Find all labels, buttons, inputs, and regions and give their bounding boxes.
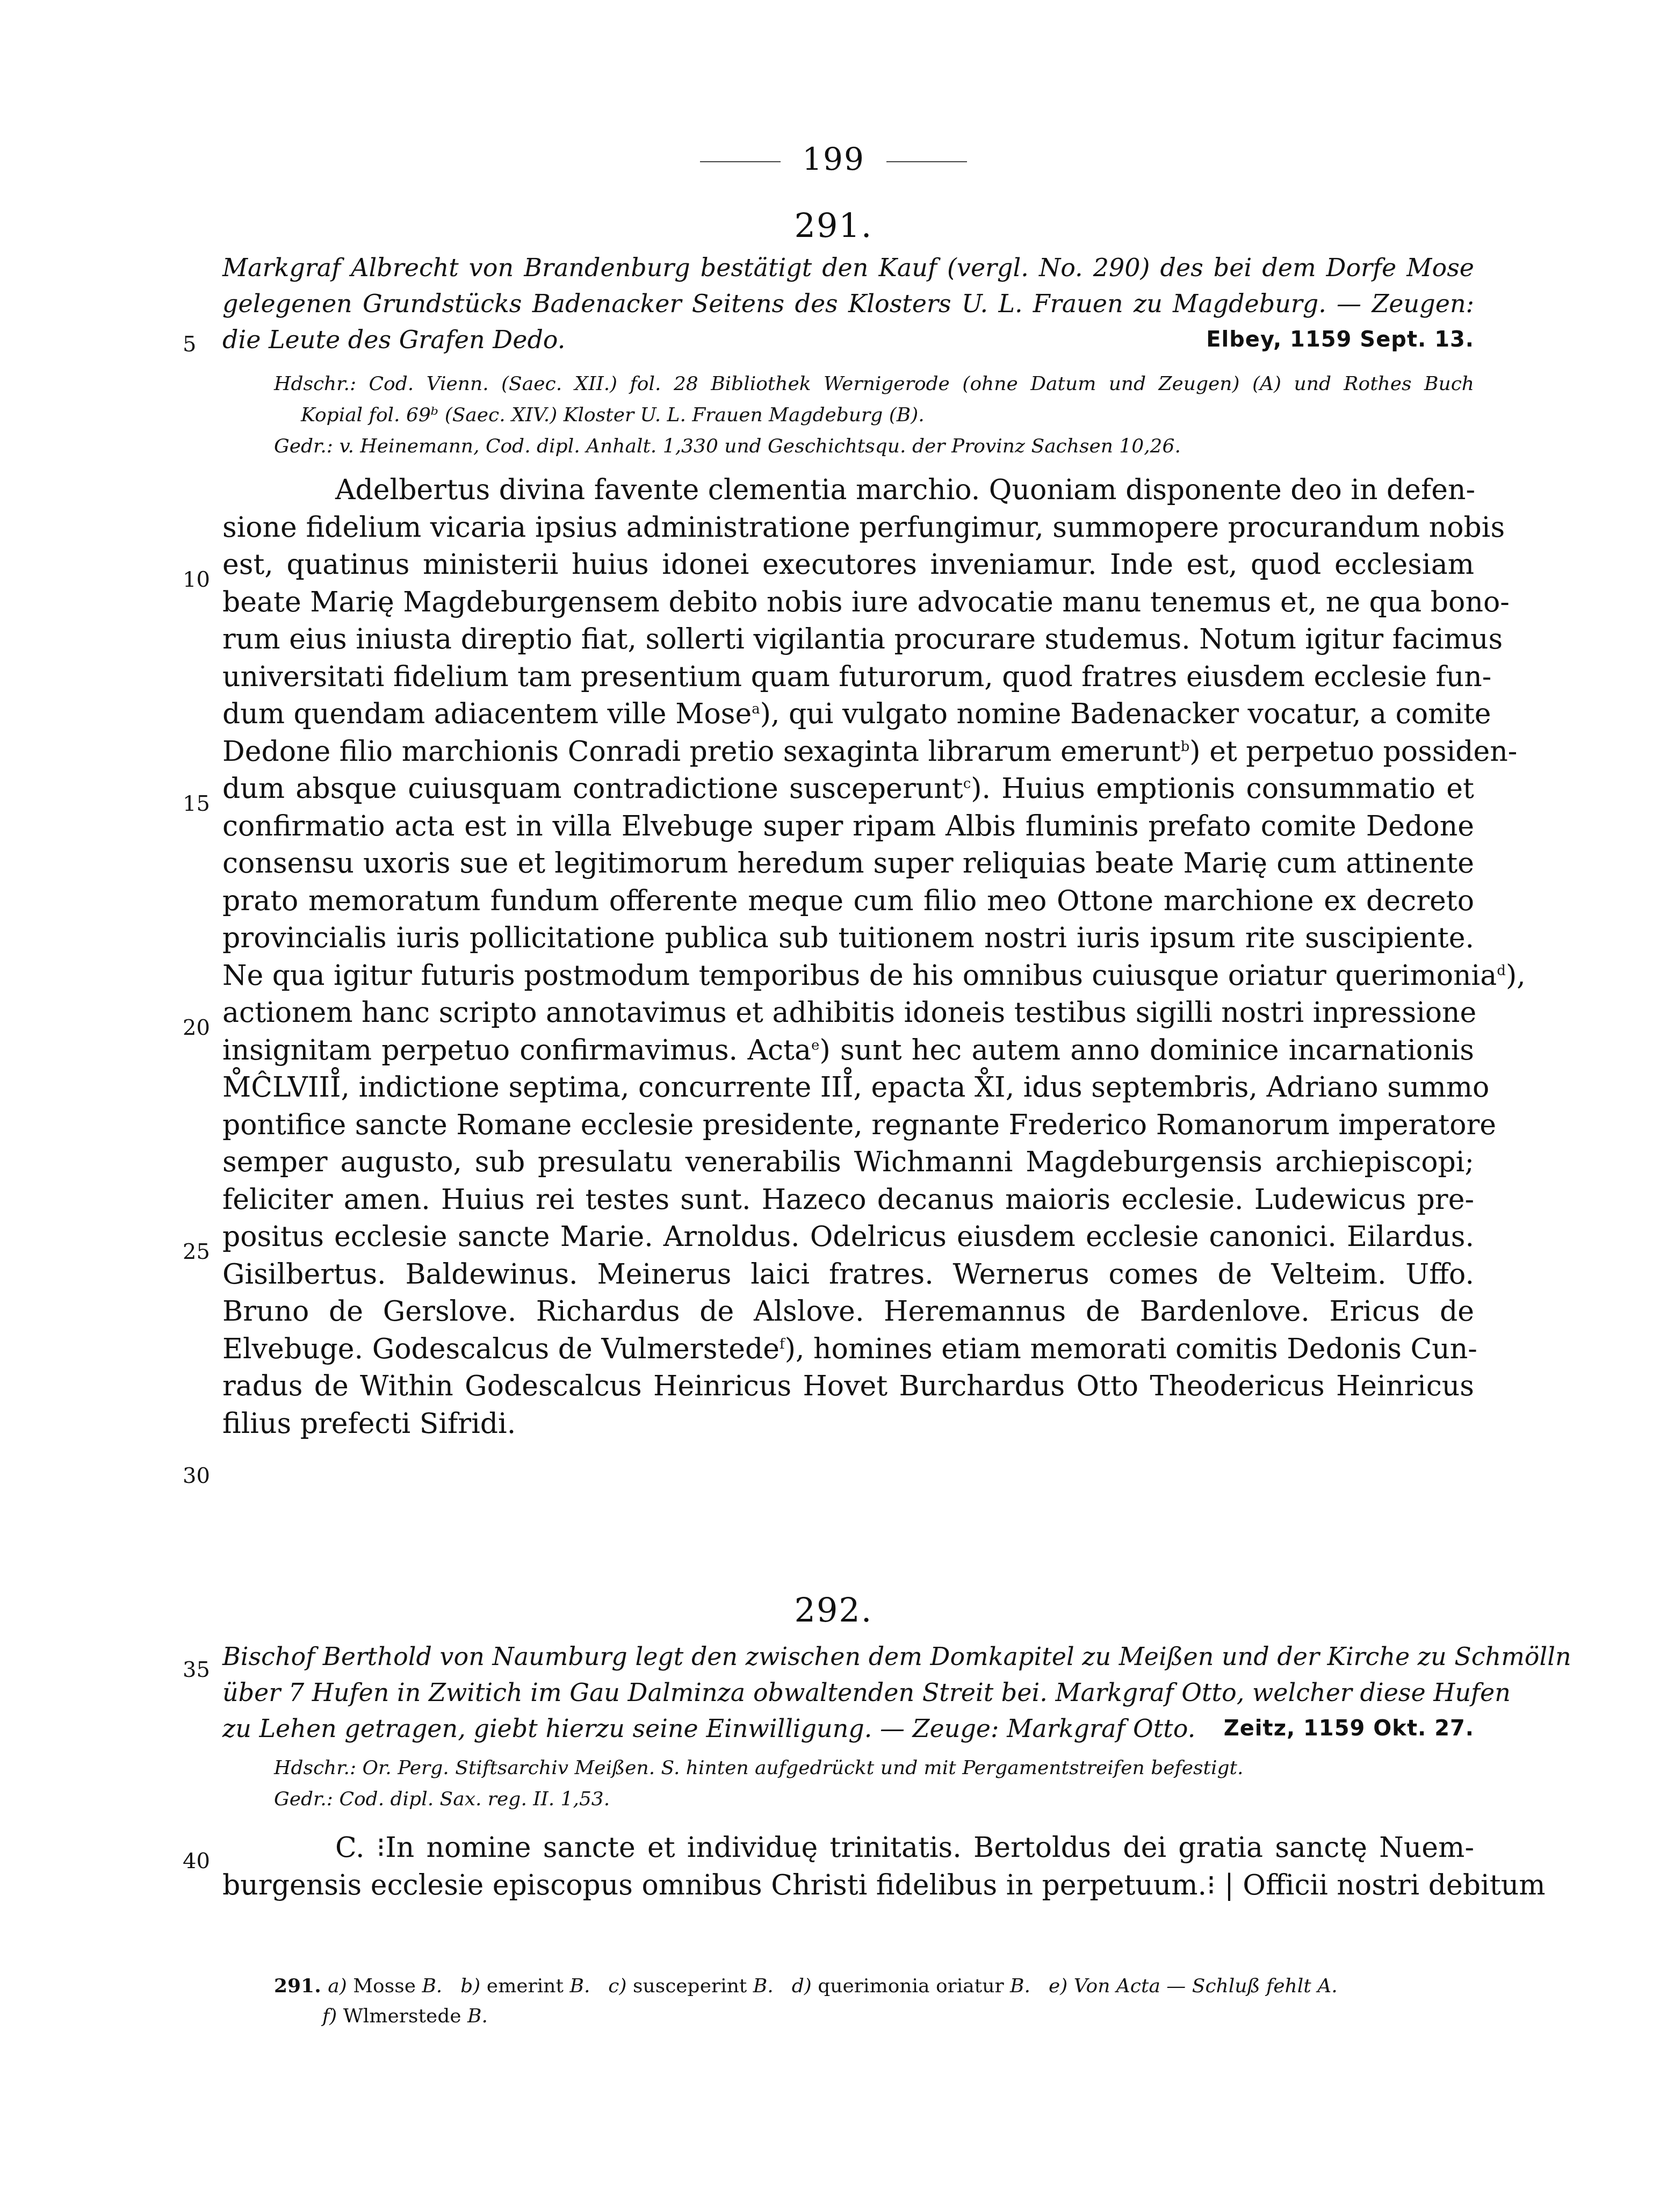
footnote-item: f) Wlmerstede B. xyxy=(322,2005,488,2027)
footnote-marker: b xyxy=(1181,738,1190,754)
source-line: Gedr.: v. Heinemann, Cod. dipl. Anhalt. … xyxy=(274,431,1474,462)
text-line: semper augusto, sub presulatu venerabili… xyxy=(222,1144,1474,1181)
text-line: est, quatinus ministerii huius idonei ex… xyxy=(222,546,1474,584)
text-line: Dedone filio marchionis Conradi pretio s… xyxy=(222,733,1474,771)
footnote-item: b) emerint B. xyxy=(460,1975,590,1997)
text-line: radus de Within Godescalcus Heinricus Ho… xyxy=(222,1368,1474,1406)
footnote-marker: d xyxy=(1497,962,1506,978)
regest-line-last: die Leute des Grafen Dedo. Elbey, 1159 S… xyxy=(222,322,1474,358)
footnote-line: f) Wlmerstede B. xyxy=(274,2001,1472,2031)
place-date: Elbey, 1159 Sept. 13. xyxy=(1206,322,1474,358)
source-line: Hdschr.: Cod. Vienn. (Saec. XII.) fol. 2… xyxy=(274,369,1474,400)
footnote-marker: e xyxy=(811,1037,819,1053)
page-number: 199 xyxy=(0,141,1667,177)
text-line: prato memoratum fundum offerente meque c… xyxy=(222,883,1474,920)
text-line: universitati fidelium tam presentium qua… xyxy=(222,659,1474,696)
footnote-line: 291. a) Mosse B.b) emerint B.c) susceper… xyxy=(274,1971,1472,2001)
footnote-item: d) querimonia oriatur B. xyxy=(792,1975,1030,1997)
line-number: 20 xyxy=(183,1015,210,1040)
text-line: dum absque cuiusquam contradictione susc… xyxy=(222,770,1474,808)
text-line: rum eius iniusta direptio fiat, sollerti… xyxy=(222,621,1474,659)
line-number: 5 xyxy=(183,332,196,357)
page-number-rule-right xyxy=(886,161,967,162)
text-line: feliciter amen. Huius rei testes sunt. H… xyxy=(222,1181,1474,1219)
charter-291-text: Adelbertus divina favente clementia marc… xyxy=(222,472,1474,1443)
text-line: Bruno de Gerslove. Richardus de Alslove.… xyxy=(222,1293,1474,1331)
regest-line-last: zu Lehen getragen, giebt hierzu seine Ei… xyxy=(222,1711,1474,1747)
source-line: Kopial fol. 69ᵇ (Saec. XIV.) Kloster U. … xyxy=(274,400,1474,431)
footnote-marker: f xyxy=(780,1336,785,1352)
text-line: positus ecclesie sancte Marie. Arnoldus.… xyxy=(222,1219,1474,1256)
line-number: 15 xyxy=(183,791,210,816)
footnote-item: e) Von Acta — Schluß fehlt A. xyxy=(1049,1975,1338,1997)
footnote-item: c) susceperint B. xyxy=(608,1975,773,1997)
text-line: sione fidelium vicaria ipsius administra… xyxy=(222,509,1474,547)
place-date: Zeitz, 1159 Okt. 27. xyxy=(1224,1711,1474,1747)
source-line: Hdschr.: Or. Perg. Stiftsarchiv Meißen. … xyxy=(274,1753,1474,1784)
line-number: 10 xyxy=(183,567,210,592)
charter-number-291: 291. xyxy=(0,206,1667,245)
text-line: M̊ĈLVIII̊, indictione septima, concurren… xyxy=(222,1069,1474,1107)
text-line: Ne qua igitur futuris postmodum temporib… xyxy=(222,957,1474,995)
text-line: consensu uxoris sue et legitimorum hered… xyxy=(222,845,1474,883)
text-line: dum quendam adiacentem ville Mosea), qui… xyxy=(222,696,1474,733)
line-number: 30 xyxy=(183,1464,210,1488)
text-line: pontifice sancte Romane ecclesie preside… xyxy=(222,1107,1474,1144)
text-line: provincialis iuris pollicitatione public… xyxy=(222,920,1474,957)
footnotes: 291. a) Mosse B.b) emerint B.c) susceper… xyxy=(274,1971,1472,2031)
line-number: 35 xyxy=(183,1658,210,1682)
page-number-label: 199 xyxy=(802,141,865,177)
charter-number-292: 292. xyxy=(0,1590,1667,1630)
line-number: 25 xyxy=(183,1240,210,1264)
text-line: Adelbertus divina favente clementia marc… xyxy=(222,472,1474,509)
charter-291-regest: Markgraf Albrecht von Brandenburg bestät… xyxy=(222,250,1474,358)
page-number-rule-left xyxy=(700,161,781,162)
footnote-item: a) Mosse B. xyxy=(328,1975,442,1997)
text-line: confirmatio acta est in villa Elvebuge s… xyxy=(222,808,1474,846)
regest-line: gelegenen Grundstücks Badenacker Seitens… xyxy=(222,286,1474,322)
regest-line: über 7 Hufen in Zwitich im Gau Dalminza … xyxy=(222,1675,1474,1711)
text-line: insignitam perpetuo confirmavimus. Actae… xyxy=(222,1032,1474,1070)
text-line: actionem hanc scripto annotavimus et adh… xyxy=(222,995,1474,1032)
source-line: Gedr.: Cod. dipl. Sax. reg. II. 1,53. xyxy=(274,1784,1474,1815)
footnote-marker: c xyxy=(963,776,971,792)
line-number: 40 xyxy=(183,1849,210,1874)
footnote-marker: a xyxy=(752,701,760,717)
text-line: beate Marię Magdeburgensem debito nobis … xyxy=(222,584,1474,622)
charter-291-sources: Hdschr.: Cod. Vienn. (Saec. XII.) fol. 2… xyxy=(274,369,1474,462)
text-line: Gisilbertus. Baldewinus. Meinerus laici … xyxy=(222,1256,1474,1294)
regest-line-text: die Leute des Grafen Dedo. xyxy=(222,322,565,358)
regest-line-text: zu Lehen getragen, giebt hierzu seine Ei… xyxy=(222,1711,1195,1747)
footnote-ref: 291. xyxy=(274,1975,328,1997)
charter-292-text: C. ⁝In nomine sancte et individuę trinit… xyxy=(222,1829,1474,1904)
text-line: filius prefecti Sifridi. xyxy=(222,1406,1474,1443)
regest-line: Markgraf Albrecht von Brandenburg bestät… xyxy=(222,250,1474,286)
charter-292-sources: Hdschr.: Or. Perg. Stiftsarchiv Meißen. … xyxy=(274,1753,1474,1815)
regest-line: Bischof Berthold von Naumburg legt den z… xyxy=(222,1639,1474,1675)
charter-292-regest: Bischof Berthold von Naumburg legt den z… xyxy=(222,1639,1474,1747)
text-line: Elvebuge. Godescalcus de Vulmerstedef), … xyxy=(222,1331,1474,1368)
text-line: C. ⁝In nomine sancte et individuę trinit… xyxy=(222,1829,1474,1867)
document-page: 199 291. Markgraf Albrecht von Brandenbu… xyxy=(0,0,1667,2212)
text-line: burgensis ecclesie episcopus omnibus Chr… xyxy=(222,1867,1474,1905)
